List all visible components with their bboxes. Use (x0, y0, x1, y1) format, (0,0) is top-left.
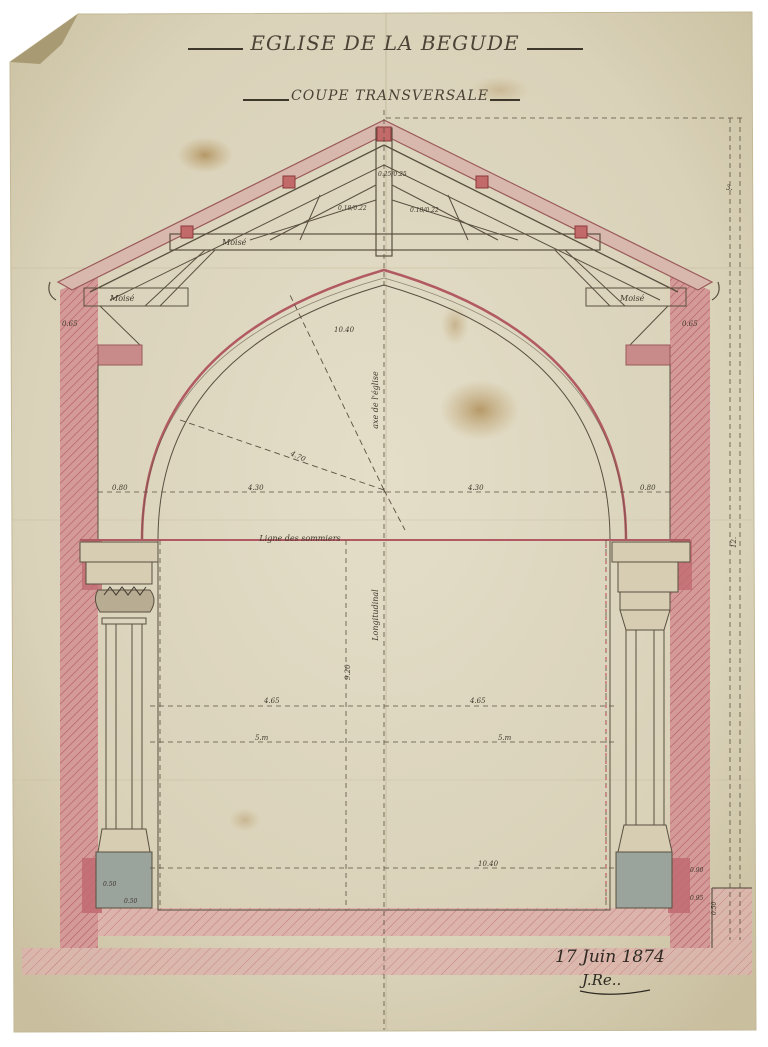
label-moise-tie: Moisé (221, 238, 247, 247)
dim-eave-right: 0.65 (682, 320, 698, 328)
drawing-signature: J.Re.. (579, 971, 621, 989)
label-moise-left: Moisé (109, 294, 135, 303)
drawing-subtitle: COUPE TRANSVERSALE (291, 88, 489, 104)
dim-pier-left-b: 0.50 (124, 898, 138, 905)
dim-pier-right-b: 0.95 (690, 895, 704, 902)
left-wall (60, 275, 102, 948)
label-longitudinal: Longitudinal (371, 589, 380, 642)
dim-pier-left-a: 0.50 (103, 881, 117, 888)
drawing-title: EGLISE DE LA BEGUDE (249, 31, 519, 55)
dim-base: 10.40 (478, 860, 499, 868)
dim-strut-right: 0.18/0.22 (410, 207, 439, 214)
dim-span-left: 4.30 (247, 484, 264, 492)
label-axe-eglise: axe de l'église (371, 371, 380, 429)
dim-mid-left: 4.65 (263, 697, 280, 705)
dim-king-post: 0.25/0.25 (378, 171, 407, 178)
dim-strut-left: 0.18/0.22 (338, 205, 367, 212)
dim-right-margin-top: 3. (726, 184, 733, 192)
dim-span-right: 4.30 (467, 484, 484, 492)
dim-arch-top: 10.40 (334, 326, 355, 334)
dim-wall-right: 0.80 (640, 484, 656, 492)
architectural-drawing-sheet: EGLISE DE LA BEGUDE COUPE TRANSVERSALE (0, 0, 768, 1047)
dim-wall-left: 0.80 (112, 484, 128, 492)
label-ligne-sommiers: Ligne des sommiers (258, 534, 340, 543)
dim-pier-right-a: 0.90 (690, 867, 704, 874)
label-moise-right: Moisé (619, 294, 645, 303)
dim-eave-left: 0.65 (62, 320, 78, 328)
dim-low-left: 5.m (255, 734, 269, 742)
drawing-date: 17 Juin 1874 (555, 947, 665, 967)
dim-vertical-center: 9.20 (344, 664, 352, 680)
dim-low-right: 5.m (498, 734, 512, 742)
dim-mid-right: 4.65 (469, 697, 486, 705)
dim-right-margin-low: 0.50 (711, 901, 718, 915)
dim-right-margin-mid: 12. (730, 537, 738, 548)
